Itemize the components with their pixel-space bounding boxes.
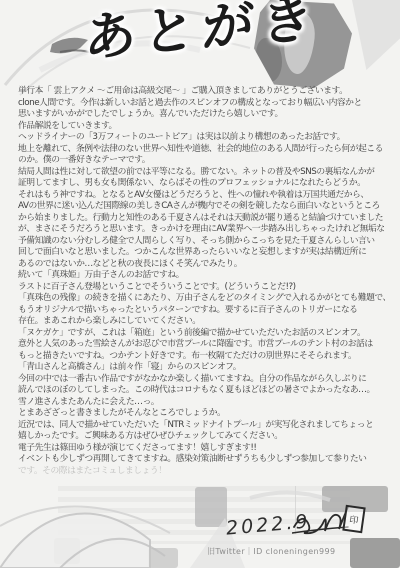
- body-line: 「ヌケガケ」ですが、これは「箱庭」という前後編で描かせていただいたお話のスピンオ…: [18, 328, 388, 340]
- body-line-faded: です。その際はまたコミュしましょう！: [18, 466, 388, 478]
- twitter-id: 旧Twitter｜ID cloneningen999: [207, 546, 336, 557]
- signature-scribble: [292, 505, 350, 537]
- body-line: とまあざざっと書きましたがそんなところでしょうか。: [18, 408, 388, 420]
- signature-stamp-seal: 印: [342, 505, 365, 534]
- body-line: 思いますがいかがでしたでしょうか。喜んでいただけたら嬉しいです。: [18, 109, 388, 121]
- body-line: 今回の中では一番古い作品ですがなかなか楽しく描いてますね。自分の作品ながら久しぶ…: [18, 374, 388, 386]
- body-line: 回しで面白いなと思いました。つかこんな世界あったらいいなと妄想しますが実は結構近…: [18, 247, 388, 259]
- background-patch: [148, 548, 178, 568]
- body-line: AVの世界に迷い込んだ国際線の美しきCAさんが機内でその剣を競したなら面白いなと…: [18, 201, 388, 213]
- body-line: ヘッドライナーの「3万フィートのユートピア」は実は以前より構想のあったお話です。: [18, 132, 388, 144]
- body-line: 「青山さんと高橋さん」は前々作「寝」からのスピンオフ。: [18, 362, 388, 374]
- body-line: イベントも少しずつ再開してきてますね。感染対策油断せずうちも少しずつ参加して参り…: [18, 454, 388, 466]
- body-line: 雪ノ進さんまたあんたに会えた…っ。: [18, 397, 388, 409]
- background-corner-wedge: [352, 0, 400, 70]
- background-patch: [195, 487, 227, 527]
- body-line: 「真珠色の残像」の続きを描くにあたり、万由子さんをどのタイミングで入れるかがとて…: [18, 293, 388, 305]
- body-line: 続いて「真珠姫」万由子さんのお話ですね。: [18, 270, 388, 282]
- afterword-title: あとがき: [83, 0, 345, 72]
- body-line: 電子先生は篠田ゆう様が演じてくださってます！嬉しすぎます!!: [18, 443, 388, 455]
- body-line: 予備知識のない分むしろ健全で人間らしく写り、そっち側からこっちを見た千夏さんらし…: [18, 236, 388, 248]
- body-line: 嬉しかったです。ご興味ある方はぜひぜひチェックしてみてください。: [18, 431, 388, 443]
- body-line: もうオリジナルで描いちゃったというパターンですね。要するに百子さんのトリガーにな…: [18, 305, 388, 317]
- body-line: 地上を離れて、条例や法律のない世界へ知性や道徳、社会的地位のある人間が行ったら何…: [18, 144, 388, 156]
- body-line: 近況では、同人で描かせていただいた「NTRミッドナイトプール」が実写化されまして…: [18, 420, 388, 432]
- body-line: のか。僕の一番好きなテーマです。: [18, 155, 388, 167]
- body-line: が、まさにそうだろうと思います。きっかけを理由にAV業界へ一歩踏み出しちゃったけ…: [18, 224, 388, 236]
- body-line: 読んでほのぼのしてしまった。この時代はコロナもなく夏もほどほどの暑さでよかったな…: [18, 385, 388, 397]
- body-line: 作品解説をしていきます。: [18, 121, 388, 133]
- background-patch: [350, 538, 400, 568]
- body-line: から始まりました。行動力と知性のある千夏さんはそれは天動説が罷り通ると結論づけて…: [18, 213, 388, 225]
- afterword-page: あとがき 単行本「 雲上アクメ 〜ご用命は高級交尾〜 」ご購入頂きましてありがと…: [0, 0, 400, 568]
- afterword-body: 単行本「 雲上アクメ 〜ご用命は高級交尾〜 」ご購入頂きましてありがとうございま…: [18, 86, 388, 477]
- background-patch: [54, 538, 80, 564]
- body-line: 存在。まあこれから楽しみにしていてください。: [18, 316, 388, 328]
- body-line: 単行本「 雲上アクメ 〜ご用命は高級交尾〜 」ご購入頂きましてありがとうございま…: [18, 86, 388, 98]
- body-line: clone人間です。今作は新しいお話と過去作のスピンオフの構成となっており幅広い…: [18, 98, 388, 110]
- body-line: それはもう神ですね。となるとAV女優はどうだろうと、性への憧れや執着は万国共通だ…: [18, 190, 388, 202]
- body-line: 結局人間は性に対して欲望の前では平等になる。勝てない。ネットの普及やSNSの裏垢…: [18, 167, 388, 179]
- body-line: あるのではないか…などと秋の夜長にほくそ笑んでみたり。: [18, 259, 388, 271]
- body-line: 証明してますし、男も女も関係ない、ならばその性のプロフェッショナルになれたらどう…: [18, 178, 388, 190]
- body-line: ラストに百子さん登場ということでそういうことです。(どういうことだ!?): [18, 282, 388, 294]
- body-line: 意外と人気のあった雪絵さんがお忍びで市営プールに降臨です。市営プールのテント村の…: [18, 339, 388, 351]
- body-line: もっと描きたいですね。つかテント好きです。布一枚隔てただけの別世界にそそられます…: [18, 351, 388, 363]
